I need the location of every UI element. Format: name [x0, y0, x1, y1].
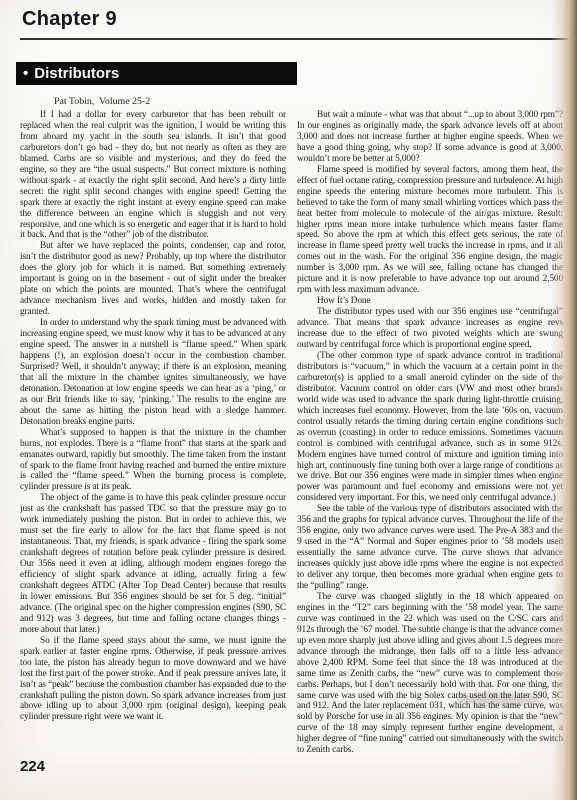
paragraph: So if the flame speed stays about the sa…: [20, 636, 286, 724]
paragraph: What’s supposed to happen is that the mi…: [20, 428, 286, 494]
page-number: 224: [20, 758, 45, 775]
section-title: Distributors: [34, 65, 119, 82]
right-column: But wait a minute - what was that about …: [297, 110, 563, 790]
paragraph: (The other common type of spark advance …: [297, 351, 563, 504]
paragraph: In order to understand why the spark tim…: [20, 318, 286, 428]
byline: Pat Tobin, Volume 25-2: [54, 96, 150, 107]
scan-smudge: [455, 693, 543, 706]
bullet-icon: •: [23, 65, 28, 82]
paragraph: But after we have replaced the points, c…: [20, 241, 286, 318]
paragraph: The distributor types used with our 356 …: [297, 307, 563, 351]
paragraph: The curve was changed slightly in the 18…: [297, 592, 563, 756]
paragraph: But wait a minute - what was that about …: [297, 110, 563, 165]
paragraph: How It’s Done: [297, 296, 563, 307]
section-header-bar: •Distributors: [16, 62, 297, 85]
paragraph: See the table of the various type of dis…: [297, 504, 563, 592]
paragraph: Flame speed is modified by several facto…: [297, 165, 563, 296]
article-body: If I had a dollar for every carburetor t…: [20, 110, 563, 790]
paragraph: The object of the game is to have this p…: [20, 493, 286, 635]
paragraph: If I had a dollar for every carburetor t…: [20, 110, 286, 241]
chapter-title: Chapter 9: [22, 8, 117, 31]
scanned-book-page: Chapter 9 •Distributors Pat Tobin, Volum…: [0, 0, 577, 800]
page-edge-shadow: [551, 0, 577, 800]
left-column: If I had a dollar for every carburetor t…: [20, 110, 286, 790]
chapter-divider-rule: [20, 38, 571, 40]
